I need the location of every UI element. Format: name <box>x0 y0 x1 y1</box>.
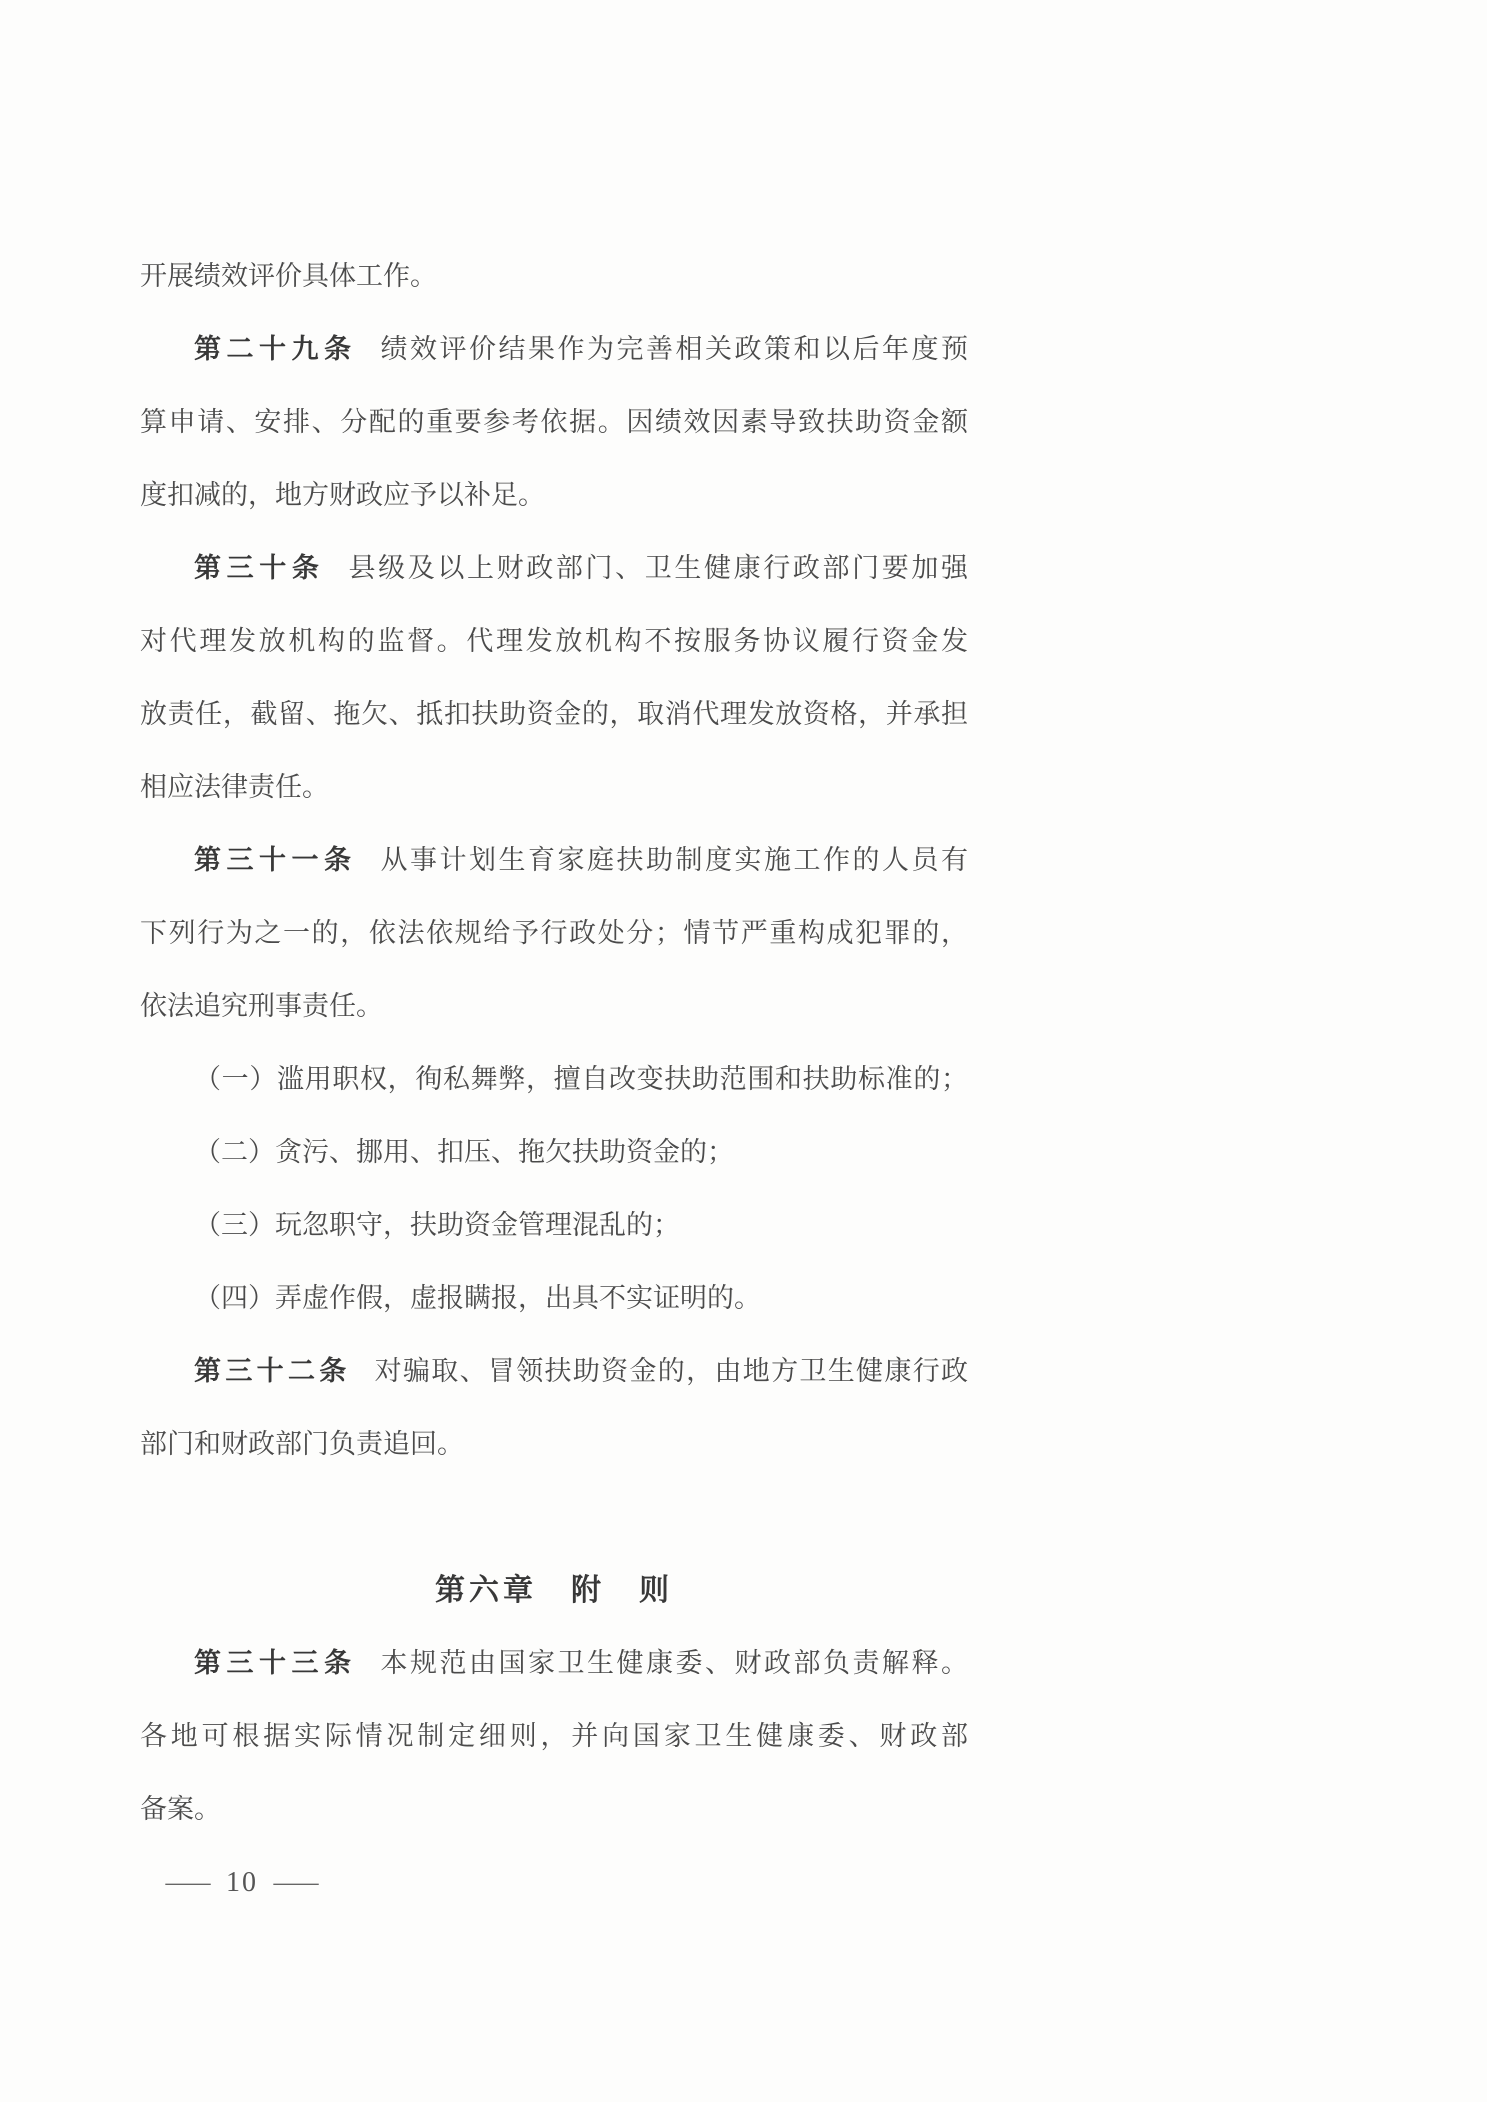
text-line: 相应法律责任。 <box>140 751 968 824</box>
line-text: （二）贪污、挪用、扣压、拖欠扶助资金的； <box>194 1137 734 1167</box>
list-item-2: （二）贪污、挪用、扣压、拖欠扶助资金的； <box>140 1116 968 1189</box>
line-text: 对代理发放机构的监督。代理发放机构不按服务协议履行资金发 <box>140 626 968 656</box>
page-number: 10 <box>226 1867 258 1899</box>
line-text: 本规范由国家卫生健康委、财政部负责解释。 <box>381 1648 969 1678</box>
text-line: 算申请、安排、分配的重要参考依据。因绩效因素导致扶助资金额 <box>140 386 968 459</box>
line-text: 对骗取、冒领扶助资金的，由地方卫生健康行政 <box>375 1356 968 1386</box>
line-text: 部门和财政部门负责追回。 <box>140 1429 464 1459</box>
line-text: 相应法律责任。 <box>140 772 329 802</box>
line-text: 县级及以上财政部门、卫生健康行政部门要加强 <box>349 553 969 583</box>
article-29-line: 第二十九条绩效评价结果作为完善相关政策和以后年度预 <box>140 313 968 386</box>
line-text: 备案。 <box>140 1794 221 1824</box>
line-text: （四）弄虚作假，虚报瞒报，出具不实证明的。 <box>194 1283 761 1313</box>
line-text: 依法追究刑事责任。 <box>140 991 383 1021</box>
article-33-line: 第三十三条本规范由国家卫生健康委、财政部负责解释。 <box>140 1627 968 1700</box>
text-line: 下列行为之一的，依法依规给予行政处分；情节严重构成犯罪的， <box>140 897 968 970</box>
chapter-heading: 第六章 附 则 <box>140 1554 968 1627</box>
text-line: 对代理发放机构的监督。代理发放机构不按服务协议履行资金发 <box>140 605 968 678</box>
line-text: 下列行为之一的，依法依规给予行政处分；情节严重构成犯罪的， <box>140 918 968 948</box>
list-item-3: （三）玩忽职守，扶助资金管理混乱的； <box>140 1189 968 1262</box>
text-line: 备案。 <box>140 1773 968 1846</box>
article-number-label: 第三十二条 <box>194 1356 351 1386</box>
text-line: 各地可根据实际情况制定细则，并向国家卫生健康委、财政部 <box>140 1700 968 1773</box>
document-body: 开展绩效评价具体工作。 第二十九条绩效评价结果作为完善相关政策和以后年度预 算申… <box>140 240 968 1919</box>
line-text: （三）玩忽职守，扶助资金管理混乱的； <box>194 1210 680 1240</box>
text-line: 部门和财政部门负责追回。 <box>140 1408 968 1481</box>
list-item-4: （四）弄虚作假，虚报瞒报，出具不实证明的。 <box>140 1262 968 1335</box>
text-line: 依法追究刑事责任。 <box>140 970 968 1043</box>
list-item-1: （一）滥用职权，徇私舞弊，擅自改变扶助范围和扶助标准的； <box>140 1043 968 1116</box>
line-text: 开展绩效评价具体工作。 <box>140 261 437 291</box>
line-text: 绩效评价结果作为完善相关政策和以后年度预 <box>381 334 969 364</box>
article-32-line: 第三十二条对骗取、冒领扶助资金的，由地方卫生健康行政 <box>140 1335 968 1408</box>
text-line: 开展绩效评价具体工作。 <box>140 240 968 313</box>
article-30-line: 第三十条县级及以上财政部门、卫生健康行政部门要加强 <box>140 532 968 605</box>
footer-left-dash: — <box>166 1867 211 1899</box>
line-text: （一）滥用职权，徇私舞弊，擅自改变扶助范围和扶助标准的； <box>194 1064 968 1094</box>
article-31-line: 第三十一条从事计划生育家庭扶助制度实施工作的人员有 <box>140 824 968 897</box>
article-number-label: 第三十条 <box>194 553 325 583</box>
article-number-label: 第三十一条 <box>194 845 357 875</box>
text-line: 度扣减的，地方财政应予以补足。 <box>140 459 968 532</box>
line-text: 度扣减的，地方财政应予以补足。 <box>140 480 545 510</box>
page-footer: — 10 — <box>140 1846 968 1919</box>
article-number-label: 第三十三条 <box>194 1648 357 1678</box>
line-text: 放责任，截留、拖欠、抵扣扶助资金的，取消代理发放资格，并承担 <box>140 699 968 729</box>
text-line: 放责任，截留、拖欠、抵扣扶助资金的，取消代理发放资格，并承担 <box>140 678 968 751</box>
article-number-label: 第二十九条 <box>194 334 357 364</box>
line-text: 各地可根据实际情况制定细则，并向国家卫生健康委、财政部 <box>140 1721 968 1751</box>
line-text: 从事计划生育家庭扶助制度实施工作的人员有 <box>381 845 969 875</box>
scanned-document-page: 开展绩效评价具体工作。 第二十九条绩效评价结果作为完善相关政策和以后年度预 算申… <box>0 0 1487 2102</box>
footer-right-dash: — <box>274 1867 319 1899</box>
line-text: 算申请、安排、分配的重要参考依据。因绩效因素导致扶助资金额 <box>140 407 968 437</box>
